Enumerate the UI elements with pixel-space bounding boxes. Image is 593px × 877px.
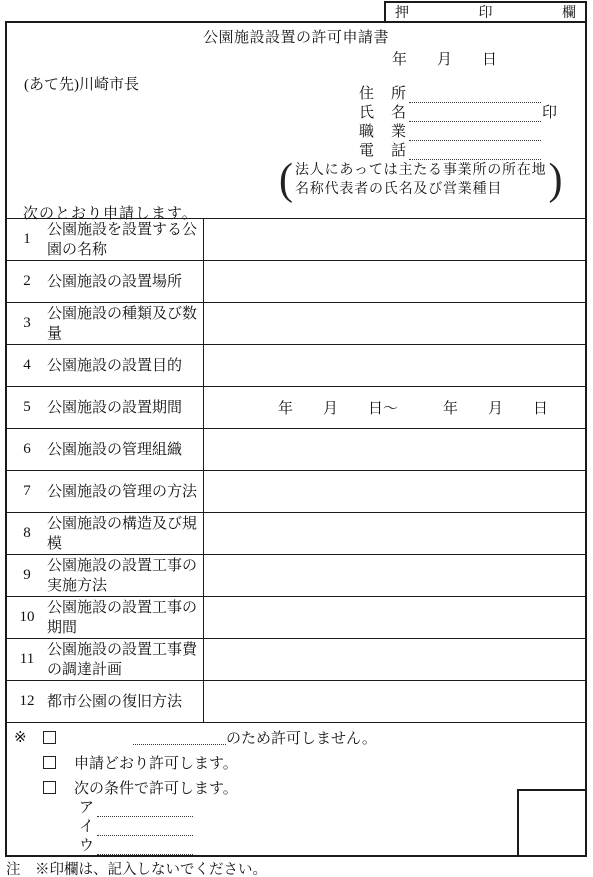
- row-value-cell[interactable]: [204, 597, 585, 638]
- condition-i-label: イ: [79, 815, 94, 836]
- office-stamp-box: [517, 789, 585, 855]
- installation-period-text: 年 月 日～ 年 月 日: [204, 397, 548, 418]
- decision-option-deny: のため許可しません。: [43, 725, 377, 750]
- row-number: 8: [7, 513, 47, 554]
- phone-row: 電 話: [359, 141, 557, 160]
- row-value-cell[interactable]: [204, 639, 585, 680]
- table-row: 11 公園施設の設置工事費の調達計画: [7, 639, 585, 681]
- corporate-note-line1: 法人にあっては主たる事業所の所在地: [295, 161, 546, 180]
- application-table: 1 公園施設を設置する公園の名称 2 公園施設の設置場所 3 公園施設の種類及び…: [7, 218, 585, 723]
- row-number: 10: [7, 597, 47, 638]
- phone-fill-line[interactable]: [409, 144, 541, 160]
- right-bracket: ): [548, 158, 562, 202]
- deny-option-label: のため許可しません。: [226, 727, 377, 748]
- table-row: 9 公園施設の設置工事の実施方法: [7, 555, 585, 597]
- corporate-note-line2: 名称代表者の氏名及び営業種目: [295, 180, 546, 199]
- corporate-note: ( 法人にあっては主たる事業所の所在地 名称代表者の氏名及び営業種目 ): [279, 159, 562, 201]
- condition-item-u: ウ: [79, 836, 193, 855]
- condition-u-label: ウ: [79, 834, 94, 855]
- stamp-box-char: 欄: [562, 2, 576, 22]
- row-label: 公園施設の設置工事の実施方法: [47, 556, 197, 596]
- form-title: 公園施設設置の許可申請書: [7, 26, 585, 47]
- checkbox-not-permitted[interactable]: [43, 731, 56, 744]
- table-row: 3 公園施設の種類及び数量: [7, 303, 585, 345]
- decision-options: のため許可しません。 申請どおり許可します。 次の条件で許可します。: [43, 725, 377, 800]
- row-value-cell[interactable]: [204, 303, 585, 344]
- row-label: 公園施設の設置場所: [47, 272, 197, 292]
- row-number: 1: [7, 219, 47, 260]
- phone-label: 電 話: [359, 139, 407, 160]
- row-number: 3: [7, 303, 47, 344]
- condition-a-label: ア: [79, 796, 94, 817]
- date-line: 年 月 日: [392, 48, 497, 69]
- row-label: 公園施設の構造及び規模: [47, 514, 197, 554]
- table-row: 12 都市公園の復旧方法: [7, 681, 585, 723]
- applicant-contact-block: 住 所 氏 名 印 職 業 電 話: [359, 84, 557, 160]
- row-value-cell[interactable]: [204, 471, 585, 512]
- condition-list: ア イ ウ: [79, 798, 193, 855]
- permit-option-label: 申請どおり許可します。: [74, 752, 238, 773]
- row-value-cell[interactable]: [204, 429, 585, 470]
- row-number: 11: [7, 639, 47, 680]
- address-label: 住 所: [359, 82, 407, 103]
- application-form: 公園施設設置の許可申請書 年 月 日 (あて先)川崎市長 住 所 氏 名 印 職…: [5, 21, 587, 857]
- left-bracket: (: [279, 158, 293, 202]
- denial-reason-fill-line[interactable]: [133, 731, 226, 745]
- row-label: 都市公園の復旧方法: [47, 692, 197, 712]
- decision-option-permit: 申請どおり許可します。: [43, 750, 377, 775]
- row-label: 公園施設の設置期間: [47, 398, 197, 418]
- row-label: 公園施設の管理の方法: [47, 482, 197, 502]
- stamp-box-char: 押: [395, 2, 409, 22]
- row-value-cell[interactable]: [204, 345, 585, 386]
- conditions-option-label: 次の条件で許可します。: [74, 777, 238, 798]
- stamp-seal-box: 押 印 欄: [384, 1, 587, 23]
- condition-u-fill-line[interactable]: [97, 839, 193, 855]
- name-fill-line[interactable]: [409, 106, 541, 122]
- row-value-cell[interactable]: [204, 555, 585, 596]
- addressee: (あて先)川崎市長: [24, 73, 139, 94]
- row-number: 2: [7, 261, 47, 302]
- condition-a-fill-line[interactable]: [97, 801, 193, 817]
- footer-note: 注 ※印欄は、記入しないでください。: [6, 858, 267, 877]
- table-row: 5 公園施設の設置期間 年 月 日～ 年 月 日: [7, 387, 585, 429]
- row-label: 公園施設を設置する公園の名称: [47, 220, 197, 260]
- address-fill-line[interactable]: [409, 87, 541, 103]
- table-row: 1 公園施設を設置する公園の名称: [7, 219, 585, 261]
- seal-mark: 印: [542, 101, 557, 122]
- office-decision-section: ※ のため許可しません。 申請どおり許可します。 次の条件で許可します。: [7, 722, 585, 855]
- table-row: 7 公園施設の管理の方法: [7, 471, 585, 513]
- condition-i-fill-line[interactable]: [97, 820, 193, 836]
- table-row: 8 公園施設の構造及び規模: [7, 513, 585, 555]
- row-number: 12: [7, 681, 47, 722]
- stamp-box-char: 印: [479, 2, 493, 22]
- row-value-cell[interactable]: [204, 513, 585, 554]
- application-form-page: 押 印 欄 公園施設設置の許可申請書 年 月 日 (あて先)川崎市長 住 所 氏…: [0, 0, 593, 877]
- table-row: 6 公園施設の管理組織: [7, 429, 585, 471]
- checkbox-permit-as-applied[interactable]: [43, 756, 56, 769]
- row-number: 9: [7, 555, 47, 596]
- table-row: 10 公園施設の設置工事の期間: [7, 597, 585, 639]
- row-number: 5: [7, 387, 47, 428]
- row-label: 公園施設の種類及び数量: [47, 304, 197, 344]
- occupation-fill-line[interactable]: [409, 125, 541, 141]
- checkbox-permit-with-conditions[interactable]: [43, 781, 56, 794]
- row-value-cell[interactable]: [204, 261, 585, 302]
- occupation-label: 職 業: [359, 120, 407, 141]
- row-number: 4: [7, 345, 47, 386]
- row-value-cell[interactable]: [204, 219, 585, 260]
- condition-item-a: ア: [79, 798, 193, 817]
- table-row: 4 公園施設の設置目的: [7, 345, 585, 387]
- row-label: 公園施設の設置目的: [47, 356, 197, 376]
- row-number: 7: [7, 471, 47, 512]
- name-label: 氏 名: [359, 101, 407, 122]
- row-number: 6: [7, 429, 47, 470]
- row-label: 公園施設の設置工事の期間: [47, 598, 197, 638]
- office-use-mark: ※: [14, 728, 27, 747]
- row-value-cell[interactable]: [204, 681, 585, 722]
- row-label: 公園施設の設置工事費の調達計画: [47, 640, 197, 680]
- table-row: 2 公園施設の設置場所: [7, 261, 585, 303]
- row-label: 公園施設の管理組織: [47, 440, 197, 460]
- row-value-cell[interactable]: 年 月 日～ 年 月 日: [204, 387, 585, 428]
- condition-item-i: イ: [79, 817, 193, 836]
